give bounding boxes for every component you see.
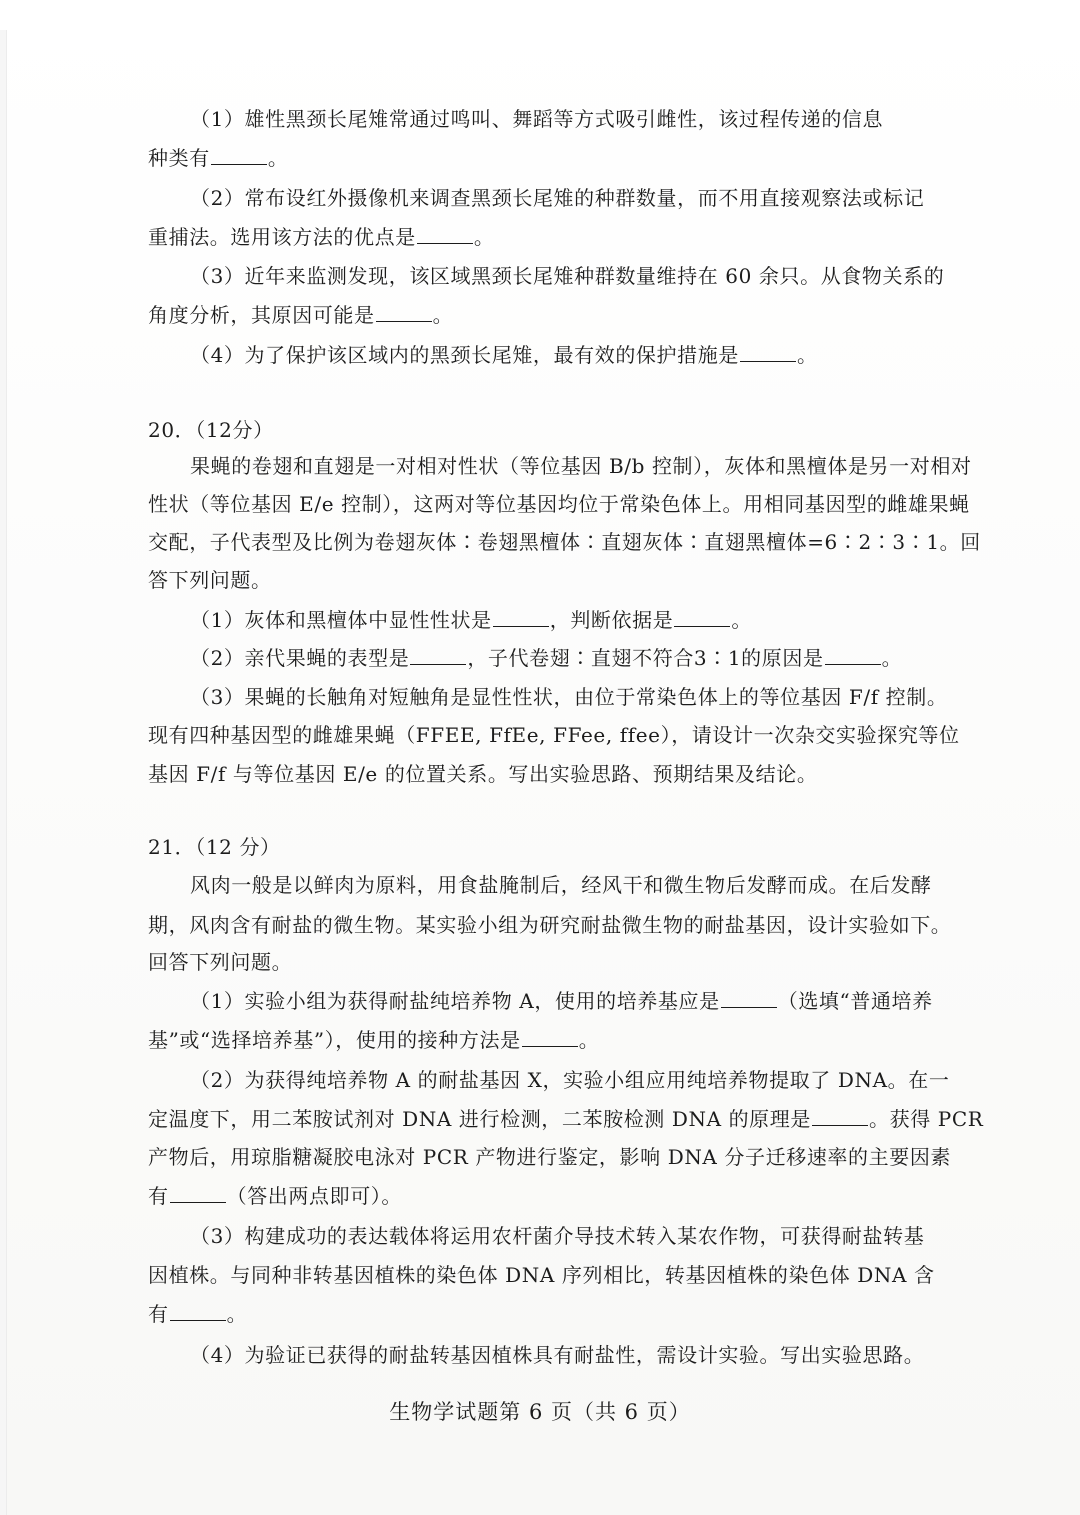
q20-part3-line3: 基因 F/f 与等位基因 E/e 的位置关系。写出实验思路、预期结果及结论。 <box>148 761 948 787</box>
q21-part2-line3: 产物后，用琼脂糖凝胶电泳对 PCR 产物进行鉴定，影响 DNA 分子迁移速率的主… <box>148 1144 948 1170</box>
q21-stem-line3: 回答下列问题。 <box>148 949 948 975</box>
text: （4）为了保护该区域内的黑颈长尾雉，最有效的保护措施是 <box>190 343 739 367</box>
answer-blank[interactable] <box>376 303 432 322</box>
text: 。 <box>433 303 454 327</box>
q19-part2-line1: （2）常布设红外摄像机来调查黑颈长尾雉的种群数量，而不用直接观察法或标记 <box>190 185 990 211</box>
q21-part4: （4）为验证已获得的耐盐转基因植株具有耐盐性，需设计实验。写出实验思路。 <box>190 1342 990 1368</box>
text: （2）亲代果蝇的表型是 <box>190 646 409 670</box>
text: 。 <box>474 225 495 249</box>
q20-header: 20．（12分） <box>148 417 948 443</box>
text: （选填“普通培养 <box>778 989 933 1013</box>
answer-blank[interactable] <box>812 1107 868 1126</box>
text: 有 <box>148 1302 169 1326</box>
q21-part1-line1: （1）实验小组为获得耐盐纯培养物 A，使用的培养基应是（选填“普通培养 <box>190 988 990 1014</box>
answer-blank[interactable] <box>740 343 796 362</box>
answer-blank[interactable] <box>493 608 549 627</box>
exam-page: （1）雄性黑颈长尾雉常通过鸣叫、舞蹈等方式吸引雌性，该过程传递的信息 种类有。 … <box>0 0 1080 1515</box>
text: （1）实验小组为获得耐盐纯培养物 A，使用的培养基应是 <box>190 989 720 1013</box>
answer-blank[interactable] <box>170 1184 226 1203</box>
q20-part2: （2）亲代果蝇的表型是，子代卷翅∶直翅不符合3∶1的原因是。 <box>190 645 990 671</box>
text: 有 <box>148 1184 169 1208</box>
answer-blank[interactable] <box>825 646 881 665</box>
q21-part3-line3: 有。 <box>148 1301 948 1327</box>
q20-part3-line2: 现有四种基因型的雌雄果蝇（FFEE, FfEe, FFee, ffee），请设计… <box>148 722 948 748</box>
q20-stem-line4: 答下列问题。 <box>148 567 948 593</box>
q21-part1-line2: 基”或“选择培养基”），使用的接种方法是。 <box>148 1027 948 1053</box>
q19-part3-line1: （3）近年来监测发现，该区域黑颈长尾雉种群数量维持在 60 余只。从食物关系的 <box>190 263 990 289</box>
answer-blank[interactable] <box>410 646 466 665</box>
text: 。 <box>227 1302 248 1326</box>
q21-part2-line1: （2）为获得纯培养物 A 的耐盐基因 X，实验小组应用纯培养物提取了 DNA。在… <box>190 1067 990 1093</box>
q19-part1-line1: （1）雄性黑颈长尾雉常通过鸣叫、舞蹈等方式吸引雌性，该过程传递的信息 <box>190 106 990 132</box>
page-edge <box>0 30 7 1515</box>
page-footer: 生物学试题第 6 页（共 6 页） <box>0 1396 1080 1426</box>
text: 。获得 PCR <box>869 1107 983 1131</box>
text: 。 <box>579 1028 600 1052</box>
answer-blank[interactable] <box>170 1302 226 1321</box>
q21-part3-line1: （3）构建成功的表达载体将运用农杆菌介导技术转入某农作物，可获得耐盐转基 <box>190 1223 990 1249</box>
text: 角度分析，其原因可能是 <box>148 303 375 327</box>
q20-stem-line1: 果蝇的卷翅和直翅是一对相对性状（等位基因 B/b 控制），灰体和黑檀体是另一对相… <box>190 453 990 479</box>
text: 定温度下，用二苯胺试剂对 DNA 进行检测，二苯胺检测 DNA 的原理是 <box>148 1107 811 1131</box>
q21-stem-line1: 风肉一般是以鲜肉为原料，用食盐腌制后，经风干和微生物后发酵而成。在后发酵 <box>190 872 990 898</box>
text: 基”或“选择培养基”），使用的接种方法是 <box>148 1028 521 1052</box>
q20-stem-line3: 交配，子代表型及比例为卷翅灰体∶卷翅黑檀体∶直翅灰体∶直翅黑檀体=6∶2∶3∶1… <box>148 529 948 555</box>
text: （1）灰体和黑檀体中显性性状是 <box>190 608 492 632</box>
q21-part2-line2: 定温度下，用二苯胺试剂对 DNA 进行检测，二苯胺检测 DNA 的原理是。获得 … <box>148 1106 948 1132</box>
text: ，子代卷翅∶直翅不符合3∶1的原因是 <box>467 646 823 670</box>
answer-blank[interactable] <box>417 225 473 244</box>
answer-blank[interactable] <box>211 146 267 165</box>
answer-blank[interactable] <box>522 1028 578 1047</box>
text: 。 <box>731 608 752 632</box>
text: 。 <box>797 343 818 367</box>
text: 。 <box>268 146 289 170</box>
q21-header: 21．（12 分） <box>148 834 948 860</box>
text: （答出两点即可）。 <box>227 1184 402 1208</box>
q21-part3-line2: 因植株。与同种非转基因植株的染色体 DNA 序列相比，转基因植株的染色体 DNA… <box>148 1262 948 1288</box>
q19-part3-line2: 角度分析，其原因可能是。 <box>148 302 948 328</box>
q19-part1-line2: 种类有。 <box>148 145 948 171</box>
q21-part2-line4: 有（答出两点即可）。 <box>148 1183 948 1209</box>
text: 。 <box>882 646 903 670</box>
q19-part2-line2: 重捕法。选用该方法的优点是。 <box>148 224 948 250</box>
q20-part1: （1）灰体和黑檀体中显性性状是，判断依据是。 <box>190 607 990 633</box>
text: 重捕法。选用该方法的优点是 <box>148 225 416 249</box>
text: 种类有 <box>148 146 210 170</box>
q20-part3-line1: （3）果蝇的长触角对短触角是显性性状，由位于常染色体上的等位基因 F/f 控制。 <box>190 684 990 710</box>
q21-stem-line2: 期，风肉含有耐盐的微生物。某实验小组为研究耐盐微生物的耐盐基因，设计实验如下。 <box>148 912 948 938</box>
q19-part4: （4）为了保护该区域内的黑颈长尾雉，最有效的保护措施是。 <box>190 342 990 368</box>
text: ，判断依据是 <box>550 608 674 632</box>
answer-blank[interactable] <box>721 989 777 1008</box>
q20-stem-line2: 性状（等位基因 E/e 控制），这两对等位基因均位于常染色体上。用相同基因型的雌… <box>148 491 948 517</box>
answer-blank[interactable] <box>674 608 730 627</box>
